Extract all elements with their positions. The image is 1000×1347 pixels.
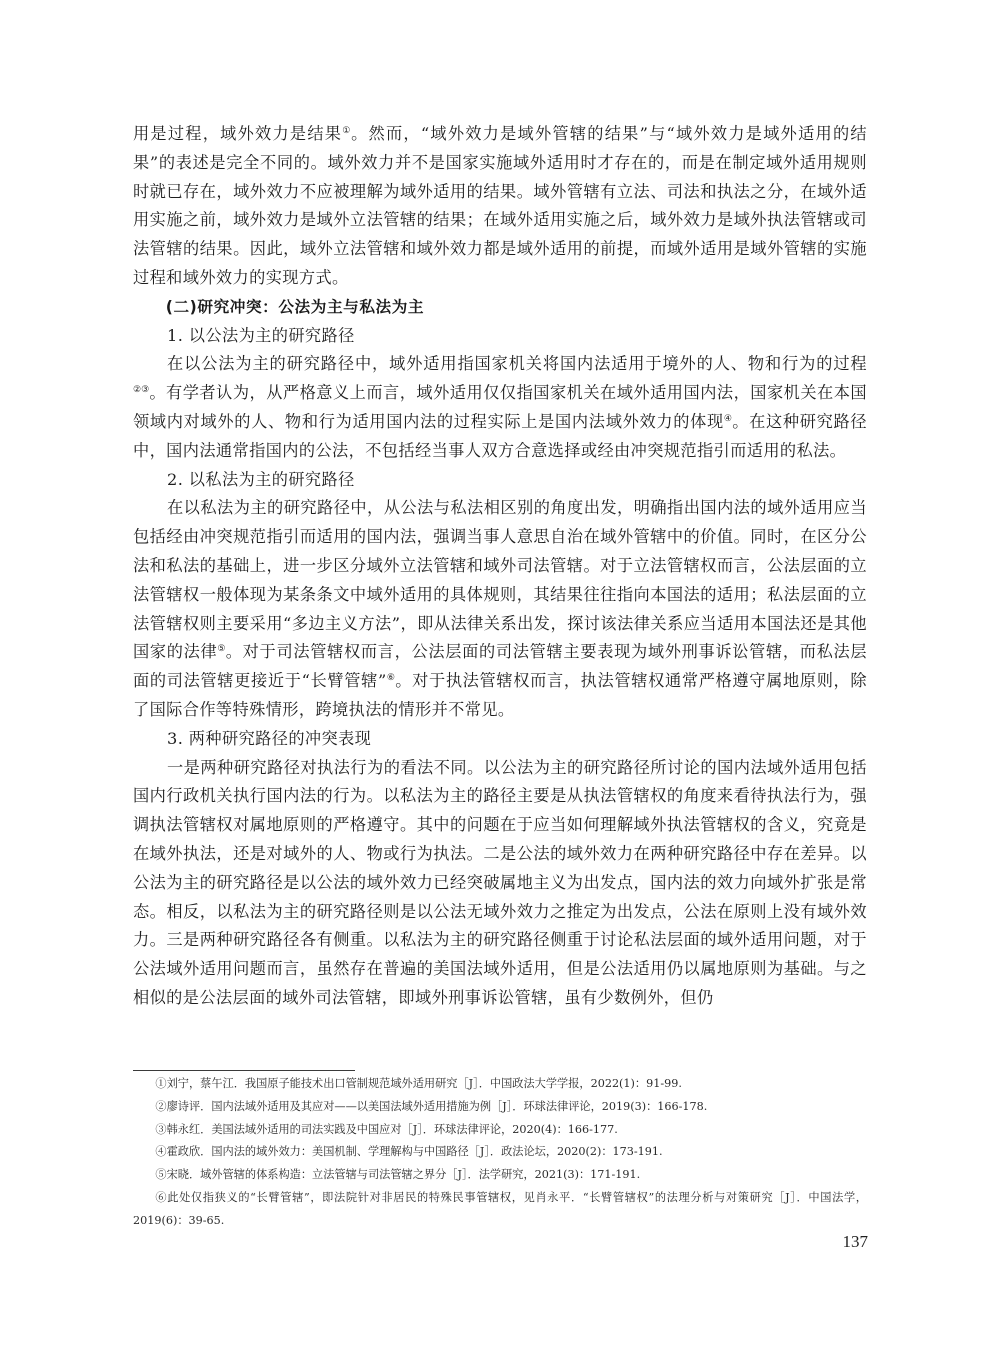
footnote-ref-5[interactable]: ⑤ xyxy=(217,644,225,654)
document-page: 用是过程，域外效力是结果①。然而，“域外效力是域外管辖的结果”与“域外效力是域外… xyxy=(0,0,1000,1347)
footnote-2: ②廖诗评．国内法域外适用及其应对——以美国法域外适用措施为例［J］．环球法律评论… xyxy=(133,1096,867,1119)
subheading-2: 2. 以私法为主的研究路径 xyxy=(133,466,867,495)
footnote-ref-4[interactable]: ④ xyxy=(724,414,732,424)
footnote-ref-2-3[interactable]: ②③ xyxy=(133,385,149,395)
paragraph-conflict: 一是两种研究路径对执法行为的看法不同。以公法为主的研究路径所讨论的国内法域外适用… xyxy=(133,754,867,1013)
body-text: 用是过程，域外效力是结果①。然而，“域外效力是域外管辖的结果”与“域外效力是域外… xyxy=(133,120,867,1013)
footnotes: ①刘宁，蔡午江．我国原子能技术出口管制规范域外适用研究［J］．中国政法大学学报，… xyxy=(133,1073,867,1233)
page-number: 137 xyxy=(836,1232,868,1252)
footnote-ref-6[interactable]: ⑥ xyxy=(387,673,396,683)
subheading-1: 1. 以公法为主的研究路径 xyxy=(133,322,867,351)
footnote-divider xyxy=(133,1070,355,1071)
footnote-6: ⑥此处仅指狭义的“长臂管辖”，即法院针对非居民的特殊民事管辖权，见肖永平．“长臂… xyxy=(133,1187,867,1233)
section-heading: (二)研究冲突：公法为主与私法为主 xyxy=(133,293,867,322)
footnote-3: ③韩永红．美国法域外适用的司法实践及中国应对［J］．环球法律评论，2020(4)… xyxy=(133,1119,867,1142)
paragraph-public-law-path: 在以公法为主的研究路径中，域外适用指国家机关将国内法适用于境外的人、物和行为的过… xyxy=(133,350,867,465)
footnote-ref-1[interactable]: ① xyxy=(342,126,351,136)
footnote-5: ⑤宋晓．域外管辖的体系构造：立法管辖与司法管辖之界分［J］．法学研究，2021(… xyxy=(133,1164,867,1187)
paragraph-private-law-path: 在以私法为主的研究路径中，从公法与私法相区别的角度出发，明确指出国内法的域外适用… xyxy=(133,494,867,724)
subheading-3: 3. 两种研究路径的冲突表现 xyxy=(133,725,867,754)
footnote-4: ④霍政欣．国内法的域外效力：美国机制、学理解构与中国路径［J］．政法论坛，202… xyxy=(133,1141,867,1164)
footnote-1: ①刘宁，蔡午江．我国原子能技术出口管制规范域外适用研究［J］．中国政法大学学报，… xyxy=(133,1073,867,1096)
paragraph-extraterritorial-effect: 用是过程，域外效力是结果①。然而，“域外效力是域外管辖的结果”与“域外效力是域外… xyxy=(133,120,867,293)
